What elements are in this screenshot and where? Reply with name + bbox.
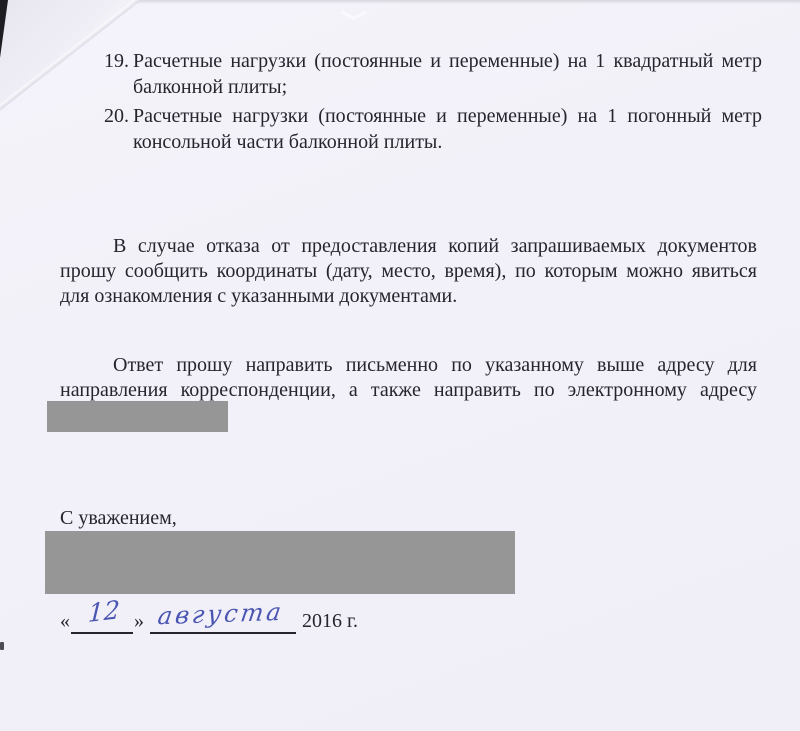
- list-item: 20. Расчетные нагрузки (постоянные и пер…: [104, 103, 762, 155]
- list-item-number: 19.: [104, 48, 133, 100]
- text-line: Расчетные нагрузки (постоянные и перемен…: [133, 48, 762, 74]
- text-line: В случае отказа от предоставления копий …: [60, 234, 757, 259]
- date-open-quote: «: [60, 610, 70, 633]
- text-line: для ознакомления с указанными документам…: [60, 284, 757, 309]
- list-item-text: Расчетные нагрузки (постоянные и перемен…: [133, 103, 762, 155]
- text-line: Расчетные нагрузки (постоянные и перемен…: [133, 103, 762, 129]
- date-year: 2016 г.: [302, 610, 358, 633]
- list-item: 19. Расчетные нагрузки (постоянные и пер…: [104, 48, 762, 100]
- text-line: прошу сообщить координаты (дату, место, …: [60, 259, 757, 284]
- text-line: балконной плиты;: [133, 74, 762, 100]
- paper-crease-mark: [340, 8, 368, 22]
- text-line: консольной части балконной плиты.: [133, 129, 762, 155]
- text-line: Ответ прошу направить письменно по указа…: [60, 353, 757, 378]
- date-day-handwritten: 12: [87, 595, 120, 628]
- date-month-handwritten: августа: [156, 598, 286, 631]
- text-line: направления корреспонденции, а также нап…: [60, 378, 757, 403]
- paragraph-reply-request: Ответ прошу направить письменно по указа…: [60, 353, 757, 403]
- numbered-list: 19. Расчетные нагрузки (постоянные и пер…: [104, 48, 762, 158]
- list-item-number: 20.: [104, 103, 133, 155]
- scanned-letter-page: 19. Расчетные нагрузки (постоянные и пер…: [0, 0, 800, 731]
- scan-speck: [0, 642, 4, 650]
- paragraph-refusal-notice: В случае отказа от предоставления копий …: [60, 234, 757, 309]
- list-item-text: Расчетные нагрузки (постоянные и перемен…: [133, 48, 762, 100]
- redaction-signature-block: [45, 531, 515, 594]
- redaction-email-address: [47, 401, 228, 432]
- closing-salutation: С уважением,: [60, 507, 177, 530]
- date-close-quote: »: [134, 610, 144, 633]
